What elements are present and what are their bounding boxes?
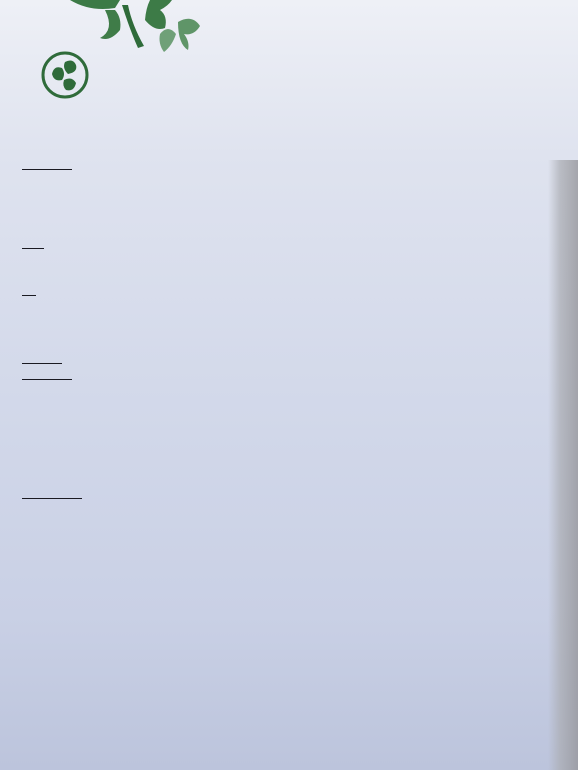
leaves-illustration-icon <box>60 0 210 55</box>
right-ovary-form <box>22 423 34 435</box>
clinic-logo-icon <box>40 50 90 100</box>
cervix-form <box>22 312 34 324</box>
paper-shadow <box>548 160 578 770</box>
right-ovary-size <box>22 407 28 419</box>
section-endometrium <box>22 248 44 249</box>
cervix-size <box>22 329 28 341</box>
left-ovary-size <box>22 527 28 539</box>
left-ovary-position <box>22 560 26 578</box>
endometrium-structure <box>22 283 31 295</box>
section-left-ovary <box>22 498 82 499</box>
endometrium-contours <box>22 266 28 278</box>
section-uterus <box>22 169 72 170</box>
section-right-ovary <box>22 379 72 380</box>
section-cervix <box>22 295 36 296</box>
uterus-form <box>22 203 34 215</box>
uterus-size <box>22 220 28 232</box>
left-ovary-form <box>22 543 34 555</box>
section-ovaries <box>22 363 62 364</box>
right-ovary-position <box>22 440 26 458</box>
